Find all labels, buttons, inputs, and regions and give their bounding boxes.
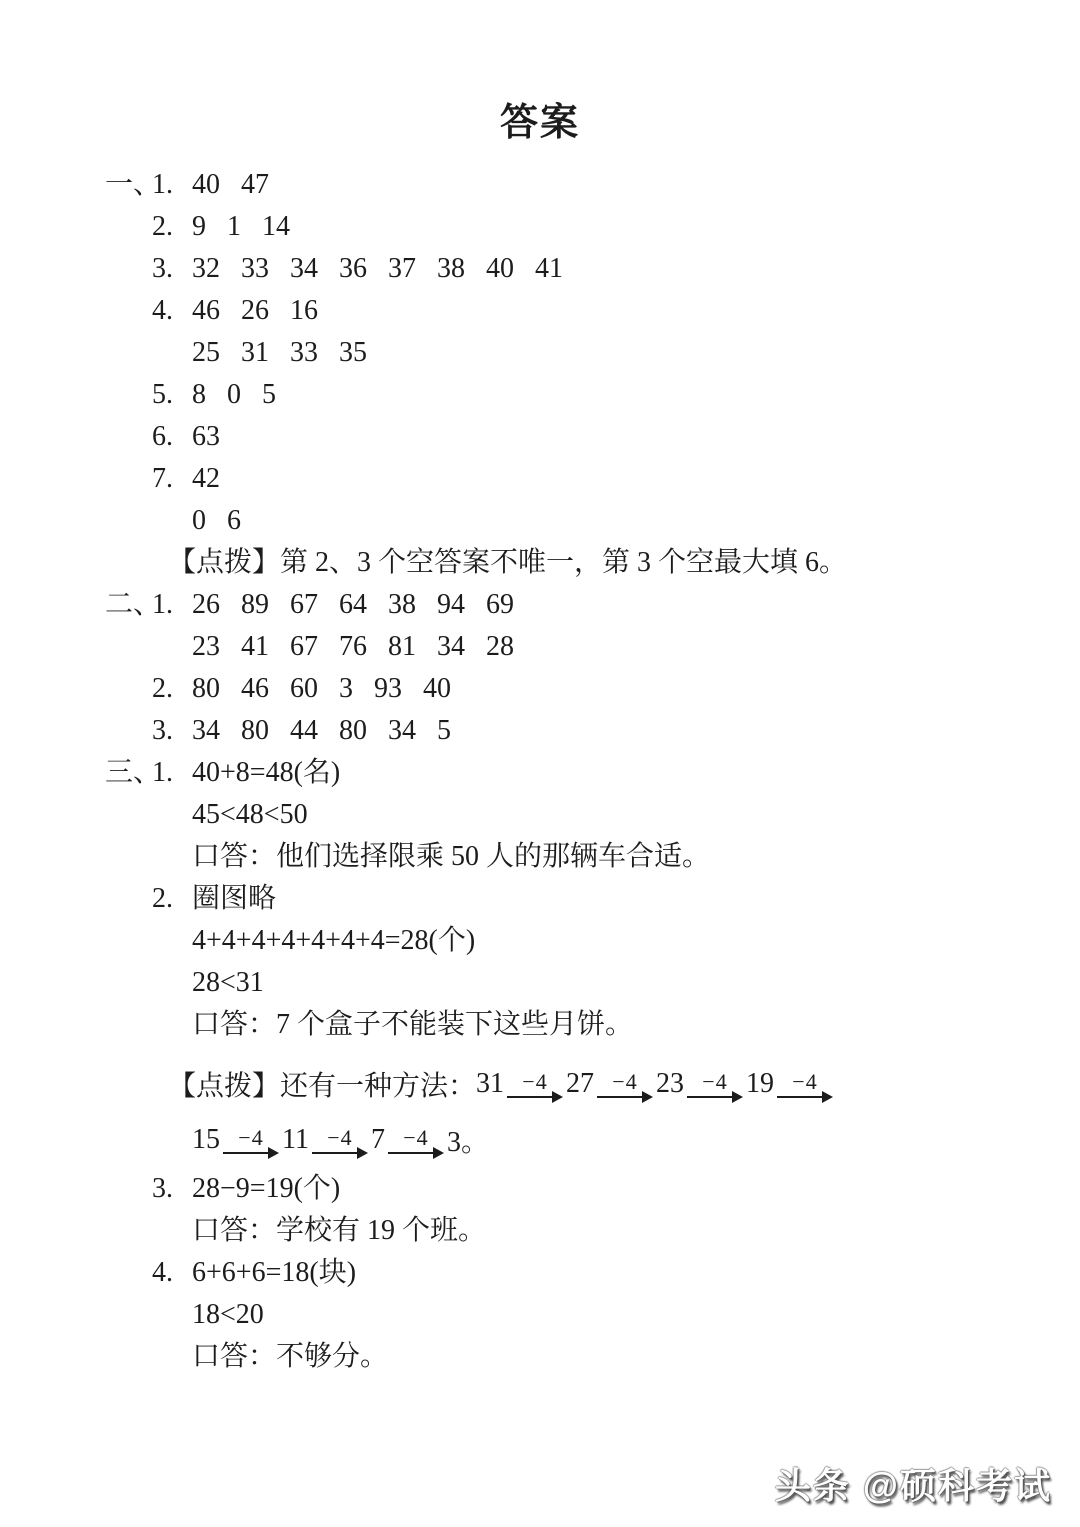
arrow-right-icon: [507, 1091, 563, 1103]
arrow-label: −4: [702, 1072, 727, 1091]
answer-text: 8 0 5: [192, 374, 276, 416]
answer-text: 34 80 44 80 34 5: [192, 710, 451, 752]
answer-line: 2. 9 1 14: [0, 206, 1080, 248]
watermark: 头条 @硕科考试: [775, 1458, 1052, 1509]
minus4-arrow: −4: [597, 1072, 653, 1103]
pointer-note-arrows-line1: 【点拨】还有一种方法： 31 −4 27 −4 23 −4 19 −4: [0, 1056, 1080, 1112]
answer-line: 3. 32 33 34 36 37 38 40 41: [0, 248, 1080, 290]
minus4-arrow: −4: [687, 1072, 743, 1103]
answer-line: 二、 1. 26 89 67 64 38 94 69: [0, 584, 1080, 626]
arrow-label: −4: [403, 1128, 428, 1147]
item-number: 4.: [152, 290, 192, 332]
answer-text: 25 31 33 35: [192, 332, 367, 374]
item-number: 1.: [152, 752, 192, 794]
pointer-note-arrows-line2: 15 −4 11 −4 7 −4 3。: [0, 1112, 1080, 1168]
answer-text: 9 1 14: [192, 206, 290, 248]
answer-sheet-page: 答案 一、 1. 40 47 2. 9 1 14 3. 32 33 34 36 …: [0, 0, 1080, 1527]
answer-text: 4+4+4+4+4+4+4=28(个): [192, 920, 475, 962]
answer-line: 三、 1. 40+8=48(名): [0, 752, 1080, 794]
answer-line: 18<20: [0, 1294, 1080, 1336]
arrow-right-icon: [388, 1147, 444, 1159]
minus4-arrow: −4: [388, 1128, 444, 1159]
answer-line: 5. 8 0 5: [0, 374, 1080, 416]
answer-text: 口答：7 个盒子不能装下这些月饼。: [192, 1004, 633, 1046]
item-number: 3.: [152, 1168, 192, 1210]
answer-line: 23 41 67 76 81 34 28: [0, 626, 1080, 668]
answer-text: 28<31: [192, 962, 264, 1004]
chain-number: 31: [476, 1068, 504, 1100]
chain-number: 27: [566, 1068, 594, 1100]
arrow-label: −4: [238, 1128, 263, 1147]
answer-text: 32 33 34 36 37 38 40 41: [192, 248, 563, 290]
minus4-arrow: −4: [223, 1128, 279, 1159]
answer-text: 23 41 67 76 81 34 28: [192, 626, 514, 668]
item-number: 6.: [152, 416, 192, 458]
answer-text: 40+8=48(名): [192, 752, 340, 794]
answer-text: 26 89 67 64 38 94 69: [192, 584, 514, 626]
answers-content: 一、 1. 40 47 2. 9 1 14 3. 32 33 34 36 37 …: [0, 164, 1080, 1378]
answer-line: 2. 圈图略: [0, 878, 1080, 920]
answer-text: 6+6+6=18(块): [192, 1252, 356, 1294]
answer-text: 口答：学校有 19 个班。: [192, 1210, 486, 1252]
item-number: 5.: [152, 374, 192, 416]
answer-line: 0 6: [0, 500, 1080, 542]
item-number: 3.: [152, 710, 192, 752]
arrow-label: −4: [522, 1072, 547, 1091]
answer-text: 28−9=19(个): [192, 1168, 340, 1210]
answer-line: 4. 6+6+6=18(块): [0, 1252, 1080, 1294]
answer-line: 4+4+4+4+4+4+4=28(个): [0, 920, 1080, 962]
arrow-right-icon: [597, 1091, 653, 1103]
minus4-arrow: −4: [777, 1072, 833, 1103]
answer-line: 4. 46 26 16: [0, 290, 1080, 332]
arrow-right-icon: [312, 1147, 368, 1159]
answer-line: 口答：他们选择限乘 50 人的那辆车合适。: [0, 836, 1080, 878]
arrow-right-icon: [223, 1147, 279, 1159]
item-number: 7.: [152, 458, 192, 500]
arrow-right-icon: [687, 1091, 743, 1103]
chain-number: 19: [746, 1068, 774, 1100]
answer-text: 18<20: [192, 1294, 264, 1336]
arrow-label: −4: [612, 1072, 637, 1091]
answer-text: 圈图略: [192, 878, 276, 920]
answer-line: 口答：学校有 19 个班。: [0, 1210, 1080, 1252]
item-number: 1.: [152, 584, 192, 626]
answer-line: 28<31: [0, 962, 1080, 1004]
item-number: 2.: [152, 878, 192, 920]
answer-text: 63: [192, 416, 220, 458]
answer-line: 6. 63: [0, 416, 1080, 458]
answer-text: 80 46 60 3 93 40: [192, 668, 451, 710]
item-number: 3.: [152, 248, 192, 290]
item-number: 2.: [152, 668, 192, 710]
answer-line: 7. 42: [0, 458, 1080, 500]
item-number: 1.: [152, 164, 192, 206]
answer-line: 口答：7 个盒子不能装下这些月饼。: [0, 1004, 1080, 1046]
section-marker: 二、: [105, 584, 152, 626]
arrow-right-icon: [777, 1091, 833, 1103]
answer-line: 25 31 33 35: [0, 332, 1080, 374]
pointer-note-prefix: 【点拨】还有一种方法：: [168, 1064, 476, 1104]
minus4-arrow: −4: [312, 1128, 368, 1159]
chain-number: 3。: [447, 1120, 489, 1160]
arrow-label: −4: [792, 1072, 817, 1091]
answer-text: 42: [192, 458, 220, 500]
pointer-note-text: 【点拨】第 2、3 个空答案不唯一，第 3 个空最大填 6。: [168, 542, 847, 584]
pointer-note: 【点拨】第 2、3 个空答案不唯一，第 3 个空最大填 6。: [0, 542, 1080, 584]
section-marker: 一、: [105, 164, 152, 206]
answer-line: 3. 28−9=19(个): [0, 1168, 1080, 1210]
answer-text: 40 47: [192, 164, 269, 206]
answer-text: 口答：他们选择限乘 50 人的那辆车合适。: [192, 836, 710, 878]
answer-line: 2. 80 46 60 3 93 40: [0, 668, 1080, 710]
chain-number: 23: [656, 1068, 684, 1100]
page-title: 答案: [0, 0, 1080, 143]
chain-number: 11: [282, 1124, 309, 1156]
answer-line: 45<48<50: [0, 794, 1080, 836]
chain-number: 15: [192, 1124, 220, 1156]
arrow-label: −4: [327, 1128, 352, 1147]
answer-text: 口答：不够分。: [192, 1336, 388, 1378]
item-number: 4.: [152, 1252, 192, 1294]
answer-text: 0 6: [192, 500, 241, 542]
item-number: 2.: [152, 206, 192, 248]
answer-text: 46 26 16: [192, 290, 318, 332]
section-marker: 三、: [105, 752, 152, 794]
chain-number: 7: [371, 1124, 385, 1156]
answer-line: 一、 1. 40 47: [0, 164, 1080, 206]
answer-text: 45<48<50: [192, 794, 308, 836]
minus4-arrow: −4: [507, 1072, 563, 1103]
answer-line: 3. 34 80 44 80 34 5: [0, 710, 1080, 752]
answer-line: 口答：不够分。: [0, 1336, 1080, 1378]
